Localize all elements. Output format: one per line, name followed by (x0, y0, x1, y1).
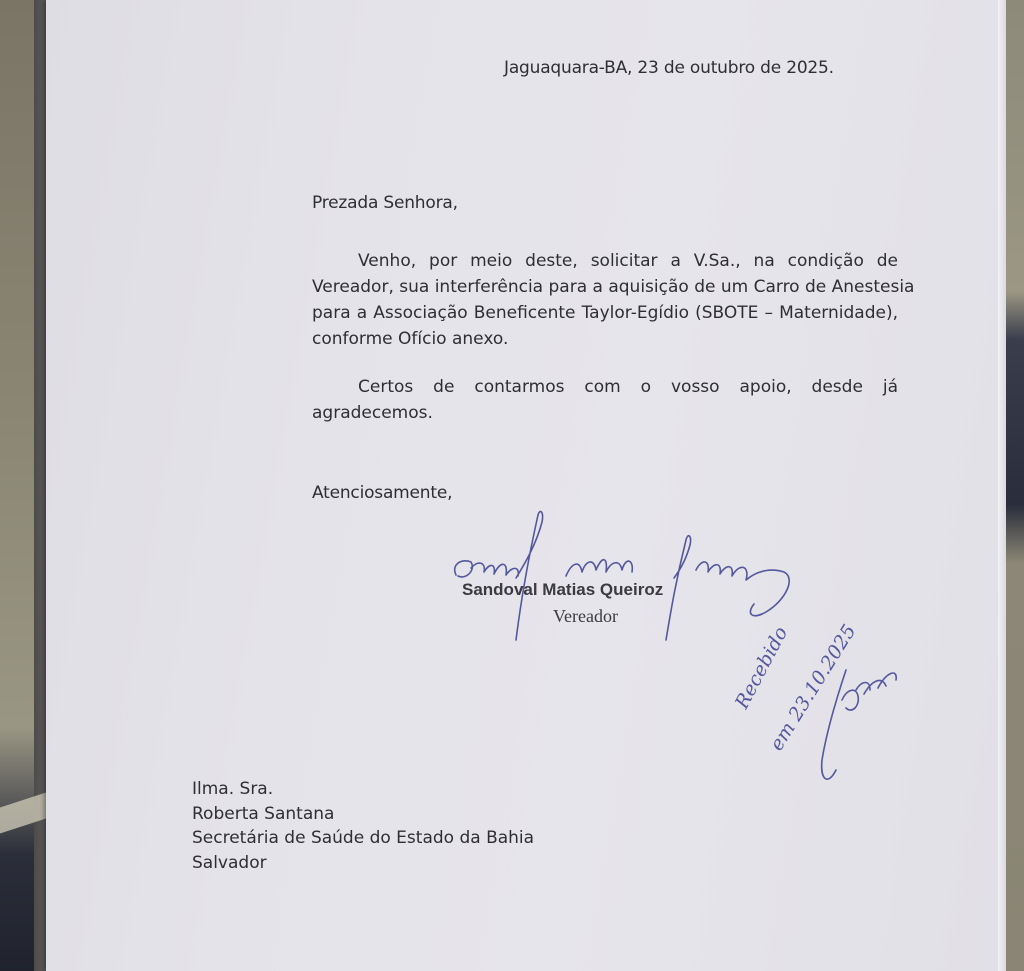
recipient-city: Salvador (192, 851, 534, 876)
paragraph-line: Vereador, sua interferência para a aquis… (312, 274, 898, 300)
recipient-position: Secretária de Saúde do Estado da Bahia (192, 826, 534, 851)
signer-title: Vereador (553, 606, 618, 627)
signature-stroke (516, 511, 543, 640)
signer-name: Sandoval Matias Queiroz (462, 580, 663, 600)
letter-page: Jaguaquara-BA, 23 de outubro de 2025. Pr… (46, 0, 998, 971)
paper-shadow-edge (34, 0, 46, 971)
background-left (0, 0, 46, 971)
signature-stroke (455, 561, 519, 577)
signature-stroke (666, 536, 691, 640)
received-note-line2: em 23.10.2025 (766, 621, 861, 755)
signature-stroke (696, 562, 789, 616)
received-note-initials (822, 670, 897, 779)
recipient-block: Ilma. Sra. Roberta Santana Secretária de… (192, 777, 534, 875)
paper-right-edge (998, 0, 1006, 971)
paragraph-line: conforme Ofício anexo. (312, 326, 898, 352)
place-date: Jaguaquara-BA, 23 de outubro de 2025. (504, 58, 834, 78)
body-paragraph-1: Venho, por meio deste, solicitar a V.Sa.… (312, 248, 898, 352)
paragraph-line: Certos de contarmos com o vosso apoio, d… (312, 374, 898, 400)
paragraph-line: agradecemos. (312, 400, 898, 426)
closing: Atenciosamente, (312, 483, 452, 503)
salutation: Prezada Senhora, (312, 193, 458, 213)
body-paragraph-2: Certos de contarmos com o vosso apoio, d… (312, 374, 898, 426)
recipient-name: Roberta Santana (192, 802, 534, 827)
received-note-line1: Recebido (731, 623, 793, 713)
recipient-honorific: Ilma. Sra. (192, 777, 534, 802)
signature-stroke (566, 560, 632, 576)
paragraph-line: para a Associação Beneficente Taylor-Egí… (312, 300, 898, 326)
paragraph-line: Venho, por meio deste, solicitar a V.Sa.… (312, 248, 898, 274)
